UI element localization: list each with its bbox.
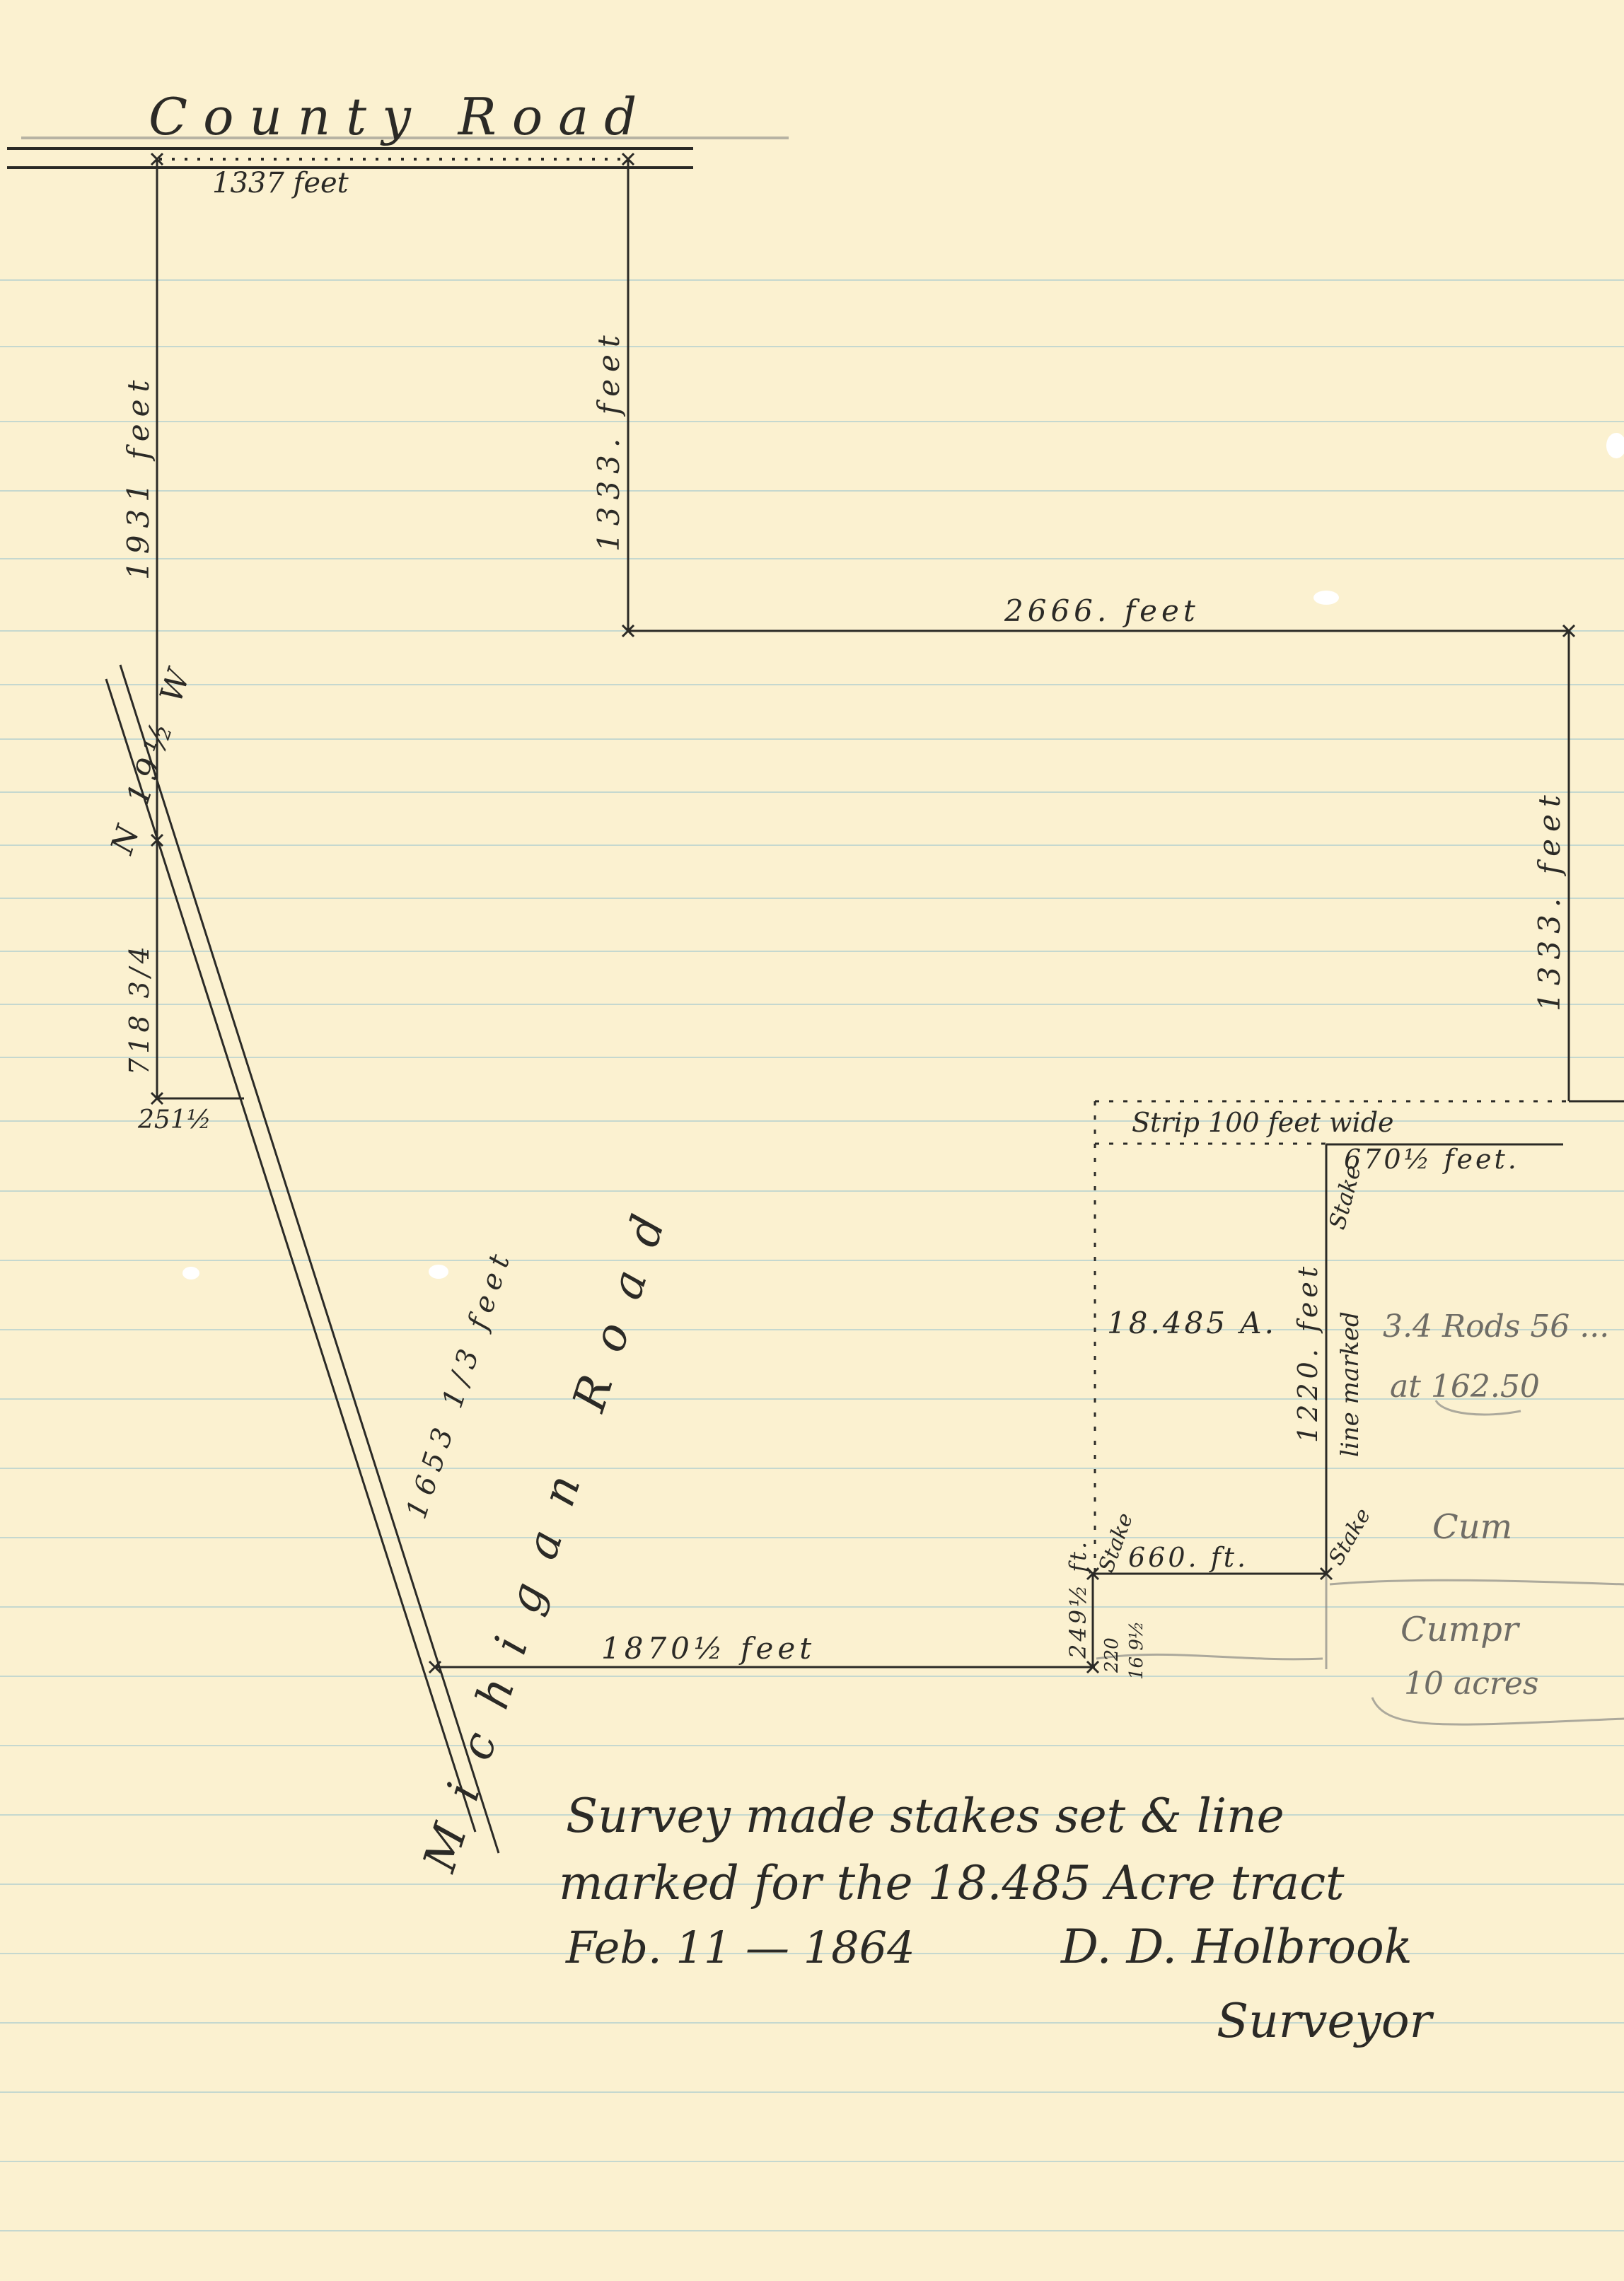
small-figure-2: 16 9½ <box>1126 1621 1147 1680</box>
parcel-boundary <box>157 159 1624 1667</box>
small-figure-1: 220 <box>1101 1637 1123 1673</box>
right-vertical-label: 1333. feet <box>1532 788 1567 1011</box>
certification-block: Survey made stakes set & line marked for… <box>559 1789 1434 2048</box>
stake-top-label: Stake <box>1323 1162 1367 1232</box>
short-vertical-label: 718 3/4 <box>124 942 155 1075</box>
acreage-label: 18.485 A. <box>1107 1306 1277 1340</box>
pencil-note-4: Cumpr <box>1400 1610 1521 1649</box>
pencil-note-2: at 162.50 <box>1390 1369 1540 1405</box>
certification-line-2: marked for the 18.485 Acre tract <box>559 1856 1345 1910</box>
michigan-road-lines <box>106 665 499 1853</box>
top-boundary-label: 1337 feet <box>212 167 349 199</box>
line-marked-label: line marked <box>1336 1311 1364 1457</box>
road-length-label: 1653 1/3 feet <box>400 1244 518 1523</box>
bottom-boundary-label: 1870½ feet <box>601 1631 816 1666</box>
strip-east-label: 670½ feet. <box>1344 1144 1519 1175</box>
short-horizontal-label: 251½ <box>137 1105 211 1134</box>
michigan-road-label: Michigan Road <box>414 1182 685 1878</box>
survey-document: County Road 1337 feet 1931 feet 1333. fe… <box>0 0 1624 2281</box>
lower-middle-label: 660. ft. <box>1128 1542 1248 1573</box>
pencil-note-3: Cum <box>1432 1507 1512 1547</box>
stake-lower-right-label: Stake <box>1324 1504 1376 1569</box>
lower-left-vertical-label: 249½ ft. <box>1065 1539 1091 1659</box>
bearing-label: N 19½ W <box>104 658 199 859</box>
inner-vertical-label: 1333. feet <box>591 328 626 552</box>
pencil-note-1: 3.4 Rods 56 ... <box>1383 1308 1609 1345</box>
east-line-label: 1220. feet <box>1292 1263 1323 1443</box>
middle-horizontal-label: 2666. feet <box>1004 593 1200 628</box>
county-road-label: County Road <box>149 87 652 146</box>
strip-label: Strip 100 feet wide <box>1132 1107 1394 1138</box>
certification-date: Feb. 11 — 1864 <box>565 1922 915 1973</box>
left-boundary-label: 1931 feet <box>121 373 156 580</box>
certification-line-1: Survey made stakes set & line <box>566 1789 1284 1843</box>
pencil-note-5: 10 acres <box>1404 1666 1539 1702</box>
surveyor-signature: D. D. Holbrook <box>1060 1920 1413 1974</box>
surveyor-title: Surveyor <box>1217 1994 1434 2048</box>
survey-plat: County Road 1337 feet 1931 feet 1333. fe… <box>0 0 1624 2281</box>
